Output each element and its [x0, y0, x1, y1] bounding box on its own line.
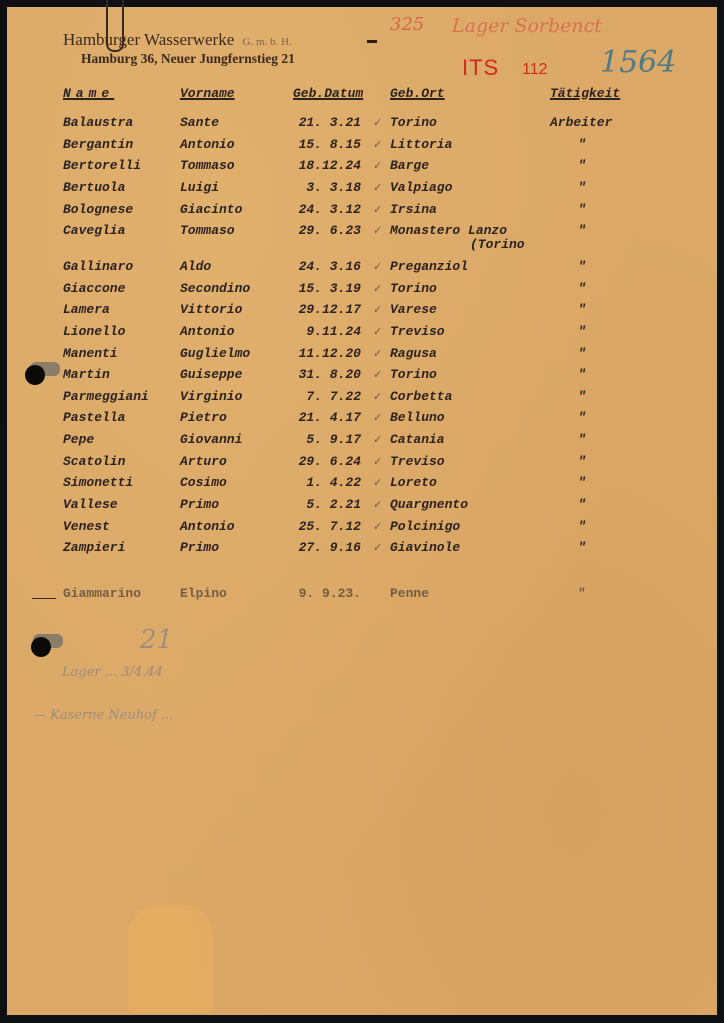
- row-name: Bergantin: [63, 137, 133, 152]
- row-name: Bolognese: [63, 202, 133, 217]
- header-name: Name: [63, 86, 114, 101]
- row-geb-datum: 3. 3.18: [293, 180, 361, 195]
- row-taetigkeit: ": [578, 259, 586, 274]
- row-geb-ort-cont: (Torino: [470, 237, 525, 252]
- row-geb-datum: 7. 7.22: [293, 389, 361, 404]
- row-geb-ort: Giavinole: [390, 540, 460, 555]
- row-taetigkeit: ": [578, 432, 586, 447]
- row-geb-datum: 24. 3.12: [293, 202, 361, 217]
- row-geb-ort: Loreto: [390, 475, 437, 490]
- red-handwritten-number: 325: [390, 14, 424, 35]
- row-vorname: Tommaso: [180, 158, 235, 173]
- row-name: Balaustra: [63, 115, 133, 130]
- row-geb-ort: Corbetta: [390, 389, 452, 404]
- row-geb-ort: Treviso: [390, 324, 445, 339]
- row-taetigkeit: ": [578, 586, 586, 601]
- row-taetigkeit: ": [578, 540, 586, 555]
- row-taetigkeit: ": [578, 223, 586, 238]
- row-geb-ort: Barge: [390, 158, 429, 173]
- row-vorname: Primo: [180, 497, 219, 512]
- row-geb-ort: Irsina: [390, 202, 437, 217]
- red-handwritten-note: Lager Sorbenct: [452, 15, 602, 37]
- check-mark-icon: ✓: [373, 347, 382, 360]
- check-mark-icon: ✓: [373, 433, 382, 446]
- row-geb-datum: 21. 4.17: [293, 410, 361, 425]
- row-name: Pastella: [63, 410, 125, 425]
- row-vorname: Primo: [180, 540, 219, 555]
- row-vorname: Guiseppe: [180, 367, 242, 382]
- row-taetigkeit: ": [578, 367, 586, 382]
- blue-handwritten-number: 1564: [600, 45, 676, 80]
- row-vorname: Arturo: [180, 454, 227, 469]
- row-geb-ort: Monastero Lanzo: [390, 223, 507, 238]
- check-mark-icon: ✓: [373, 541, 382, 554]
- check-mark-icon: ✓: [373, 411, 382, 424]
- row-vorname: Cosimo: [180, 475, 227, 490]
- header-geb-ort: Geb.Ort: [390, 86, 445, 101]
- row-geb-datum: 21. 3.21: [293, 115, 361, 130]
- row-name: Lionello: [63, 324, 125, 339]
- row-name: Zampieri: [63, 540, 125, 555]
- row-geb-ort: Belluno: [390, 410, 445, 425]
- check-mark-icon: ✓: [373, 260, 382, 273]
- check-mark-icon: ✓: [373, 476, 382, 489]
- row-geb-ort: Valpiago: [390, 180, 452, 195]
- row-geb-ort: Penne: [390, 586, 429, 601]
- row-geb-ort: Torino: [390, 115, 437, 130]
- row-vorname: Sante: [180, 115, 219, 130]
- row-geb-datum: 25. 7.12: [293, 519, 361, 534]
- row-vorname: Antonio: [180, 519, 235, 534]
- company-address: Hamburg 36, Neuer Jungfernstieg 21: [81, 51, 295, 67]
- check-mark-icon: ✓: [373, 455, 382, 468]
- header-geb-datum: Geb.Datum: [293, 86, 363, 101]
- row-name: Martin: [63, 367, 110, 382]
- legal-form: G. m. b. H.: [243, 36, 292, 48]
- row-taetigkeit: ": [578, 202, 586, 217]
- pencil-number: 21: [140, 625, 173, 655]
- row-taetigkeit: ": [578, 519, 586, 534]
- check-mark-icon: ✓: [373, 303, 382, 316]
- row-taetigkeit: ": [578, 137, 586, 152]
- check-mark-icon: ✓: [373, 520, 382, 533]
- row-geb-datum: 9. 9.23.: [293, 586, 361, 601]
- row-vorname: Secondino: [180, 281, 250, 296]
- row-vorname: Pietro: [180, 410, 227, 425]
- letterhead: Hamburger Wasserwerke G. m. b. H. Hambur…: [63, 30, 295, 67]
- row-vorname: Tommaso: [180, 223, 235, 238]
- row-vorname: Guglielmo: [180, 346, 250, 361]
- row-vorname: Antonio: [180, 324, 235, 339]
- company-name: Hamburger Wasserwerke: [63, 30, 234, 49]
- check-mark-icon: ✓: [373, 116, 382, 129]
- its-stamp-number: 112: [522, 61, 548, 79]
- row-geb-datum: 1. 4.22: [293, 475, 361, 490]
- check-mark-icon: ✓: [373, 159, 382, 172]
- check-mark-icon: ✓: [373, 325, 382, 338]
- row-name: Parmeggiani: [63, 389, 149, 404]
- row-name: Pepe: [63, 432, 94, 447]
- header-taetigkeit: Tätigkeit: [550, 86, 620, 101]
- row-geb-datum: 29. 6.24: [293, 454, 361, 469]
- check-mark-icon: ✓: [373, 203, 382, 216]
- row-geb-datum: 15. 8.15: [293, 137, 361, 152]
- row-geb-ort: Torino: [390, 367, 437, 382]
- its-stamp: ITS: [462, 55, 499, 81]
- row-vorname: Elpino: [180, 586, 227, 601]
- row-vorname: Luigi: [180, 180, 219, 195]
- row-geb-datum: 9.11.24: [293, 324, 361, 339]
- row-geb-ort: Catania: [390, 432, 445, 447]
- row-geb-datum: 29.12.17: [293, 302, 361, 317]
- punch-hole: [31, 637, 51, 657]
- check-mark-icon: ✓: [373, 282, 382, 295]
- row-taetigkeit: ": [578, 454, 586, 469]
- strike-mark: [32, 598, 56, 599]
- row-geb-ort: Varese: [390, 302, 437, 317]
- check-mark-icon: ✓: [373, 138, 382, 151]
- row-geb-datum: 15. 3.19: [293, 281, 361, 296]
- row-geb-ort: Preganziol: [390, 259, 468, 274]
- row-name: Scatolin: [63, 454, 125, 469]
- row-taetigkeit: ": [578, 346, 586, 361]
- row-taetigkeit: ": [578, 324, 586, 339]
- row-taetigkeit: ": [578, 158, 586, 173]
- check-mark-icon: ✓: [373, 368, 382, 381]
- row-vorname: Giovanni: [180, 432, 242, 447]
- row-geb-ort: Polcinigo: [390, 519, 460, 534]
- row-taetigkeit: ": [578, 389, 586, 404]
- check-mark-icon: ✓: [373, 498, 382, 511]
- row-geb-datum: 31. 8.20: [293, 367, 361, 382]
- row-taetigkeit: Arbeiter: [550, 115, 612, 130]
- row-name: Simonetti: [63, 475, 133, 490]
- stain: [128, 905, 213, 1013]
- dash-mark: [367, 40, 377, 43]
- row-geb-datum: 27. 9.16: [293, 540, 361, 555]
- pencil-note-1: Lager ... 3/4.44: [62, 665, 163, 680]
- row-geb-datum: 5. 9.17: [293, 432, 361, 447]
- pencil-note-2: — Kaserne Neuhof ...: [33, 708, 173, 723]
- row-geb-datum: 18.12.24: [293, 158, 361, 173]
- row-vorname: Vittorio: [180, 302, 242, 317]
- row-geb-datum: 11.12.20: [293, 346, 361, 361]
- row-taetigkeit: ": [578, 302, 586, 317]
- row-geb-ort: Treviso: [390, 454, 445, 469]
- row-name: Giammarino: [63, 586, 141, 601]
- row-geb-ort: Littoria: [390, 137, 452, 152]
- row-taetigkeit: ": [578, 497, 586, 512]
- check-mark-icon: ✓: [373, 390, 382, 403]
- row-vorname: Antonio: [180, 137, 235, 152]
- row-geb-datum: 5. 2.21: [293, 497, 361, 512]
- row-taetigkeit: ": [578, 180, 586, 195]
- check-mark-icon: ✓: [373, 224, 382, 237]
- row-geb-ort: Ragusa: [390, 346, 437, 361]
- row-name: Giaccone: [63, 281, 125, 296]
- row-geb-ort: Torino: [390, 281, 437, 296]
- row-name: Vallese: [63, 497, 118, 512]
- check-mark-icon: ✓: [373, 181, 382, 194]
- row-geb-ort: Quargnento: [390, 497, 468, 512]
- row-name: Lamera: [63, 302, 110, 317]
- row-name: Bertuola: [63, 180, 125, 195]
- row-geb-datum: 24. 3.16: [293, 259, 361, 274]
- header-vorname: Vorname: [180, 86, 235, 101]
- row-taetigkeit: ": [578, 475, 586, 490]
- punch-hole: [25, 365, 45, 385]
- row-taetigkeit: ": [578, 281, 586, 296]
- row-name: Manenti: [63, 346, 118, 361]
- row-name: Gallinaro: [63, 259, 133, 274]
- row-name: Bertorelli: [63, 158, 141, 173]
- row-geb-datum: 29. 6.23: [293, 223, 361, 238]
- row-name: Venest: [63, 519, 110, 534]
- row-vorname: Giacinto: [180, 202, 242, 217]
- row-taetigkeit: ": [578, 410, 586, 425]
- row-vorname: Aldo: [180, 259, 211, 274]
- row-vorname: Virginio: [180, 389, 242, 404]
- row-name: Caveglia: [63, 223, 125, 238]
